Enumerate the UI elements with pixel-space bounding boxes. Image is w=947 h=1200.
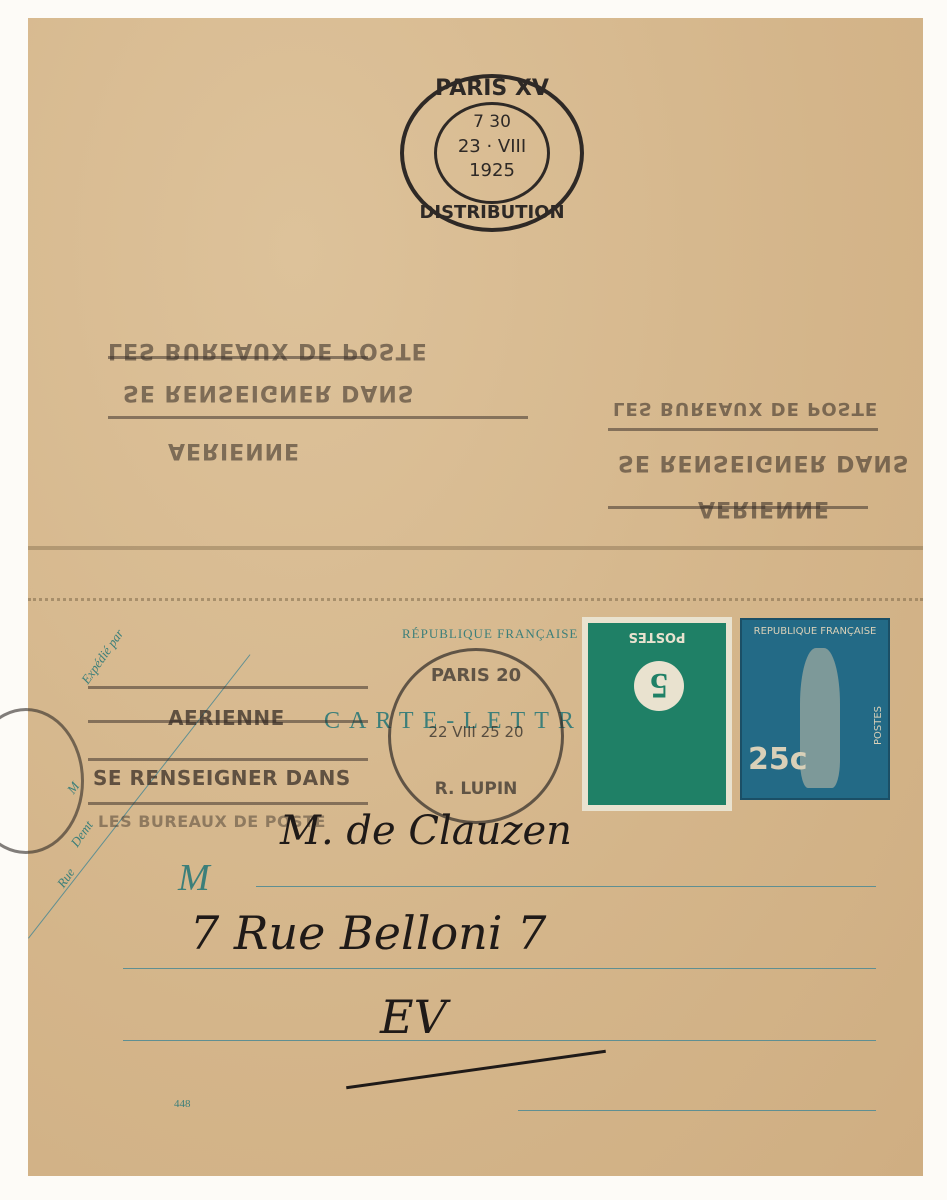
- postmark-office: PARIS XV: [404, 76, 580, 101]
- flame-slogan-1: AERIENNE: [168, 706, 285, 730]
- postmark-date: 23 · VIII: [404, 136, 580, 157]
- letter-card: PARIS XV 7 30 23 · VIII 1925 DISTRIBUTIO…: [28, 18, 923, 1176]
- departure-postmark: PARIS 20 22 VIII 25 20 R. LUPIN: [388, 648, 564, 824]
- republique-header: RÉPUBLIQUE FRANÇAISE: [402, 626, 578, 642]
- departure-datetime: 22 VIII 25 20: [391, 723, 561, 741]
- offset-text-4: LES BUREAUX DE POSTE: [613, 398, 878, 419]
- handwriting-recipient: M. de Clauzen: [280, 808, 572, 854]
- postmark-service: DISTRIBUTION: [404, 202, 580, 223]
- stamp-25c-semeuse: REPUBLIQUE FRANÇAISE 25c POSTES: [740, 618, 890, 800]
- label-expedie-par: Expédié par: [78, 626, 127, 687]
- offset-text-3: AERIENNE: [168, 438, 300, 463]
- recipient-prefix: M: [178, 856, 210, 900]
- stamp-value: 5: [634, 661, 684, 711]
- form-number: 448: [174, 1098, 191, 1110]
- perforation-line: [28, 598, 923, 601]
- flame-slogan-2: SE RENSEIGNER DANS: [93, 766, 351, 790]
- handwriting-street: 7 Rue Belloni 7: [190, 906, 546, 960]
- departure-office: PARIS 20: [391, 665, 561, 686]
- stamp-value: 25c: [748, 742, 808, 777]
- offset-text-1: LES BUREAUX DE POSTE: [108, 338, 428, 363]
- stamp-5c-type-blanc: POSTES 5: [582, 617, 732, 811]
- stamp-label: POSTES: [588, 629, 726, 644]
- offset-text-6: AERIENNE: [698, 496, 830, 521]
- offset-text-5: SE RENSEIGNER DANS: [618, 450, 910, 475]
- fold-line: [28, 546, 923, 550]
- postmark-year: 1925: [404, 160, 580, 181]
- partial-postmark-left: [0, 708, 84, 854]
- arrival-postmark: PARIS XV 7 30 23 · VIII 1925 DISTRIBUTIO…: [400, 74, 584, 232]
- label-rue: Rue: [54, 865, 79, 891]
- offset-text-2: SE RENSEIGNER DANS: [123, 380, 415, 405]
- departure-branch: R. LUPIN: [391, 779, 561, 799]
- stamp-header: REPUBLIQUE FRANÇAISE: [742, 626, 888, 637]
- handwriting-district: EV: [380, 990, 447, 1044]
- stamp-label: POSTES: [873, 706, 884, 745]
- postmark-time: 7 30: [404, 112, 580, 132]
